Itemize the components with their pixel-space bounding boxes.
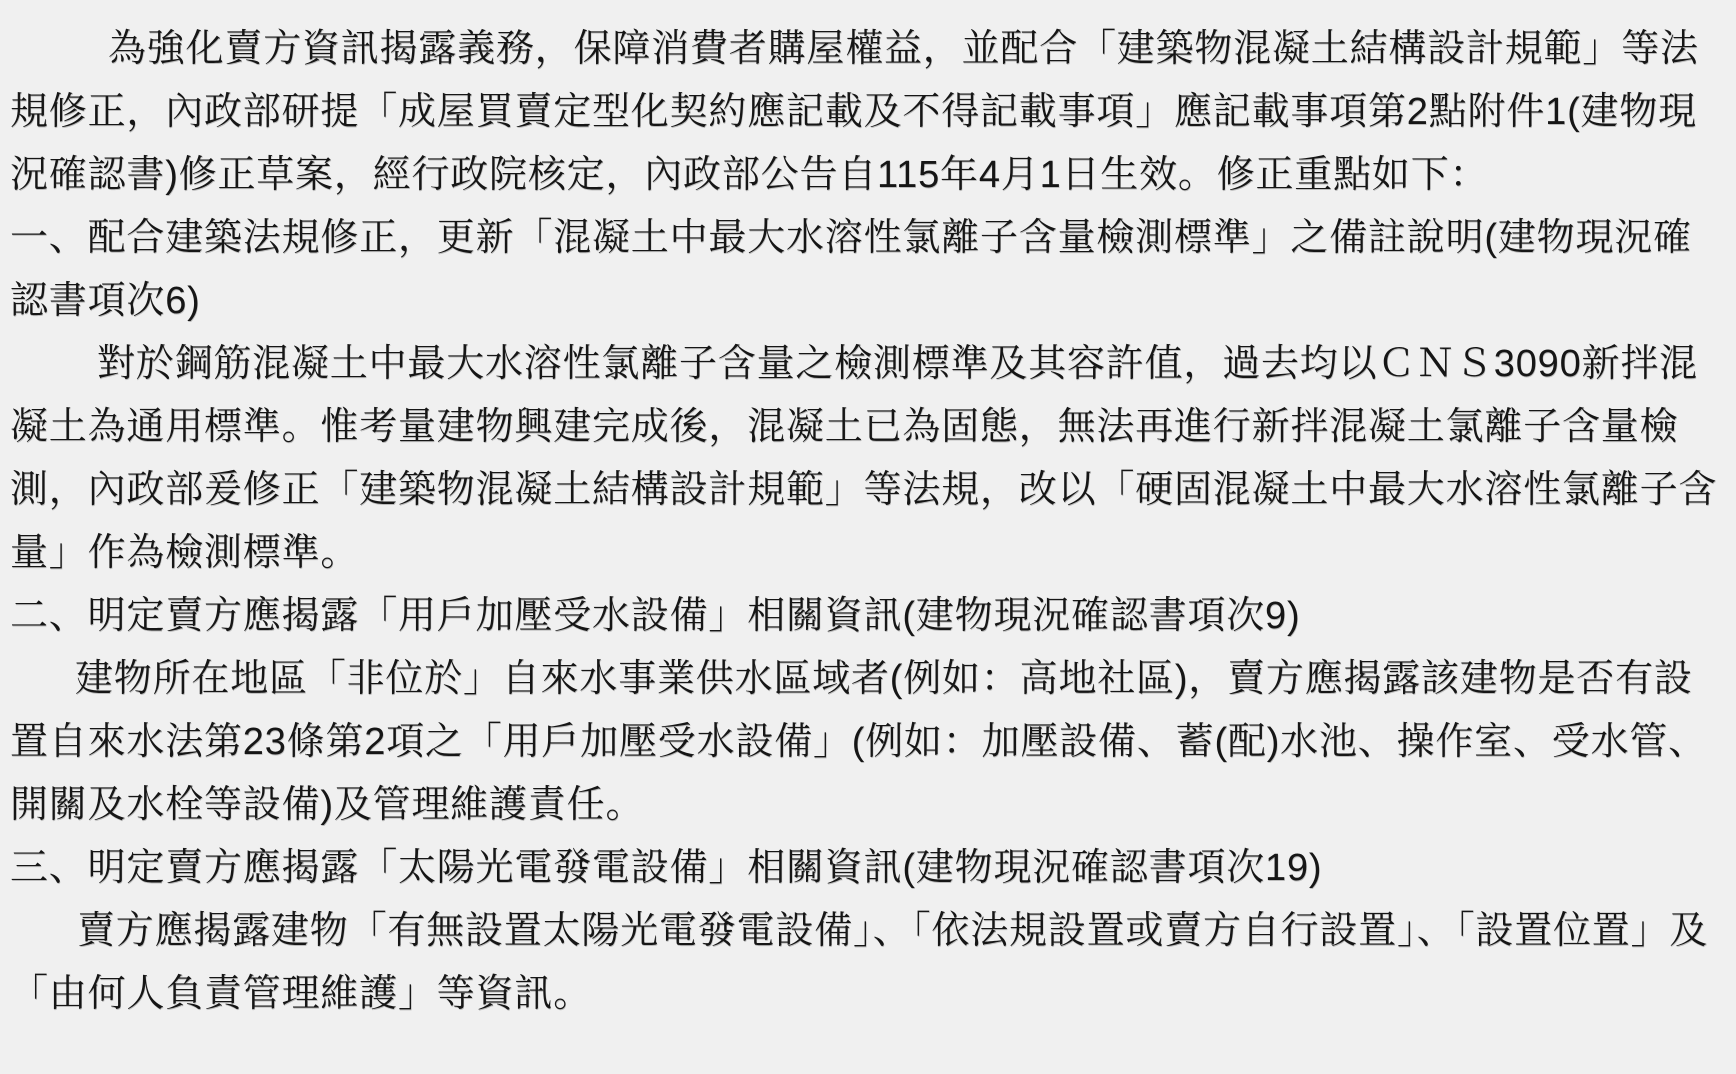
paragraph-intro: 為強化賣方資訊揭露義務，保障消費者購屋權益，並配合「建築物混凝土結構設計規範」等… — [10, 18, 1730, 207]
section-2-body: 建物所在地區「非位於」自來水事業供水區域者(例如：高地社區)，賣方應揭露該建物是… — [10, 648, 1730, 837]
section-2-heading: 二、明定賣方應揭露「用戶加壓受水設備」相關資訊(建物現況確認書項次9) — [10, 585, 1730, 648]
section-3-body: 賣方應揭露建物「有無設置太陽光電發電設備」、「依法規設置或賣方自行設置」、「設置… — [10, 900, 1730, 1026]
document-page: 為強化賣方資訊揭露義務，保障消費者購屋權益，並配合「建築物混凝土結構設計規範」等… — [0, 0, 1736, 1074]
section-3-heading: 三、明定賣方應揭露「太陽光電發電設備」相關資訊(建物現況確認書項次19) — [10, 837, 1730, 900]
section-1-heading: 一、配合建築法規修正，更新「混凝土中最大水溶性氯離子含量檢測標準」之備註說明(建… — [10, 207, 1730, 333]
section-1-body: 對於鋼筋混凝土中最大水溶性氯離子含量之檢測標準及其容許值，過去均以ＣＮＳ3090… — [10, 333, 1730, 585]
